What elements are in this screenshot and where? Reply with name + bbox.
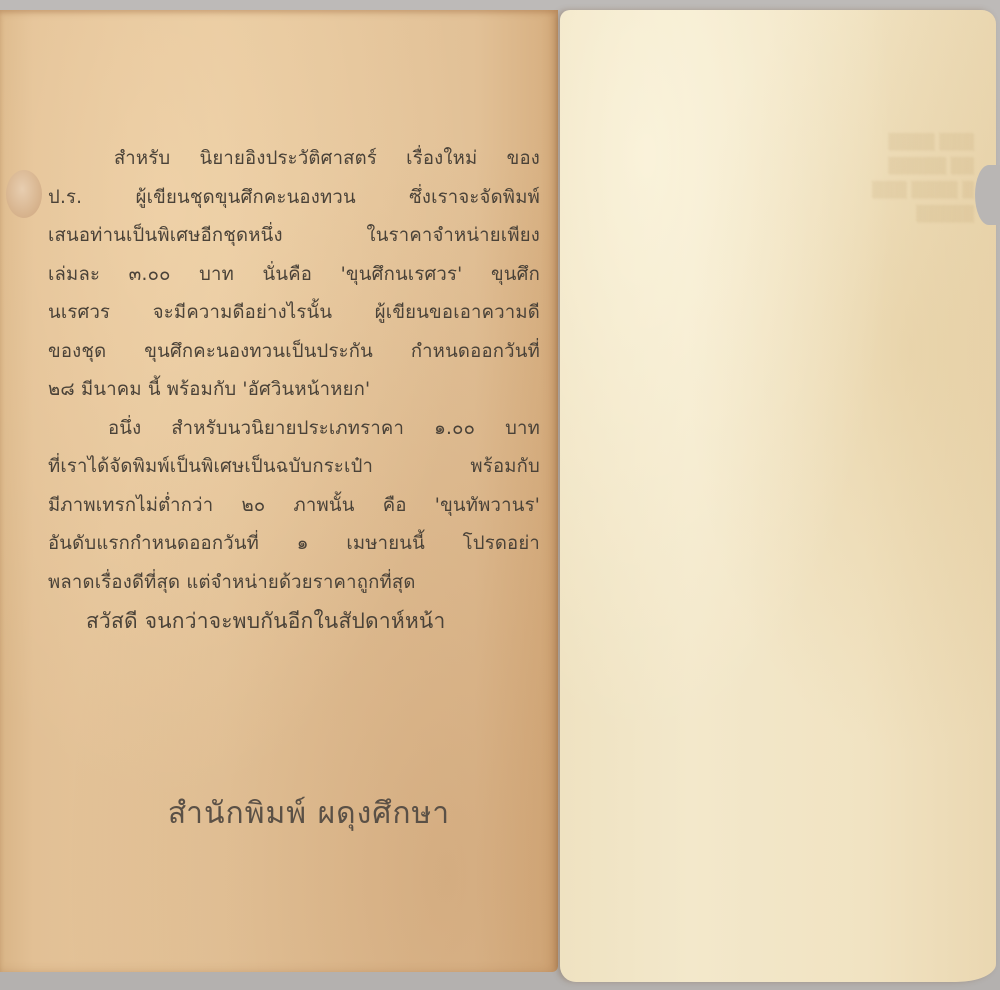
farewell-line: สวัสดี จนกว่าจะพบกันอีกในสัปดาห์หน้า [48, 602, 540, 641]
left-page: สำหรับ นิยายอิงประวัติศาสตร์ เรื่องใหม่ … [0, 10, 558, 972]
text-line: เล่มละ ๓.๐๐ บาท นั่นคือ 'ขุนศึกนเรศวร' ข… [48, 256, 540, 295]
right-page: ▒▒▒▒ ▒▒▒▒▒▒▒▒ ▒▒▒▒▒ ▒▒▒▒ ▒▒▒▒▒▒ [560, 10, 996, 982]
text-line: อนึ่ง สำหรับนวนิยายประเภทราคา ๑.๐๐ บาท [48, 410, 540, 449]
text-line: ของชุด ขุนศึกคะนองทวนเป็นประกัน กำหนดออก… [48, 333, 540, 372]
announcement-text: สำหรับ นิยายอิงประวัติศาสตร์ เรื่องใหม่ … [48, 140, 540, 641]
torn-edge [975, 165, 1000, 225]
text-line: ที่เราได้จัดพิมพ์เป็นพิเศษเป็นฉบับกระเป๋… [48, 448, 540, 487]
punch-hole [6, 170, 42, 218]
text-line: นเรศวร จะมีความดีอย่างไรนั้น ผู้เขียนขอเ… [48, 294, 540, 333]
text-line: อันดับแรกกำหนดออกวันที่ ๑ เมษายนนี้ โปรด… [48, 525, 540, 564]
text-line: มีภาพเทรกไม่ต่ำกว่า ๒๐ ภาพนั้น คือ 'ขุนท… [48, 487, 540, 526]
text-line: เสนอท่านเป็นพิเศษอีกชุดหนึ่ง ในราคาจำหน่… [48, 217, 540, 256]
bleed-through-text: ▒▒▒▒ ▒▒▒▒▒▒▒▒ ▒▒▒▒▒ ▒▒▒▒ ▒▒▒▒▒▒ [834, 130, 974, 226]
text-line: พลาดเรื่องดีที่สุด แต่จำหน่ายด้วยราคาถูก… [48, 564, 540, 603]
publisher-signature: สำนักพิมพ์ ผดุงศึกษา [0, 790, 558, 837]
text-line: สำหรับ นิยายอิงประวัติศาสตร์ เรื่องใหม่ … [48, 140, 540, 179]
text-line: ๒๘ มีนาคม นี้ พร้อมกับ 'อัศวินหน้าหยก' [48, 371, 540, 410]
text-line: ป.ร. ผู้เขียนชุดขุนศึกคะนองทวน ซึ่งเราจะ… [48, 179, 540, 218]
photo-background: สำหรับ นิยายอิงประวัติศาสตร์ เรื่องใหม่ … [0, 0, 1000, 990]
